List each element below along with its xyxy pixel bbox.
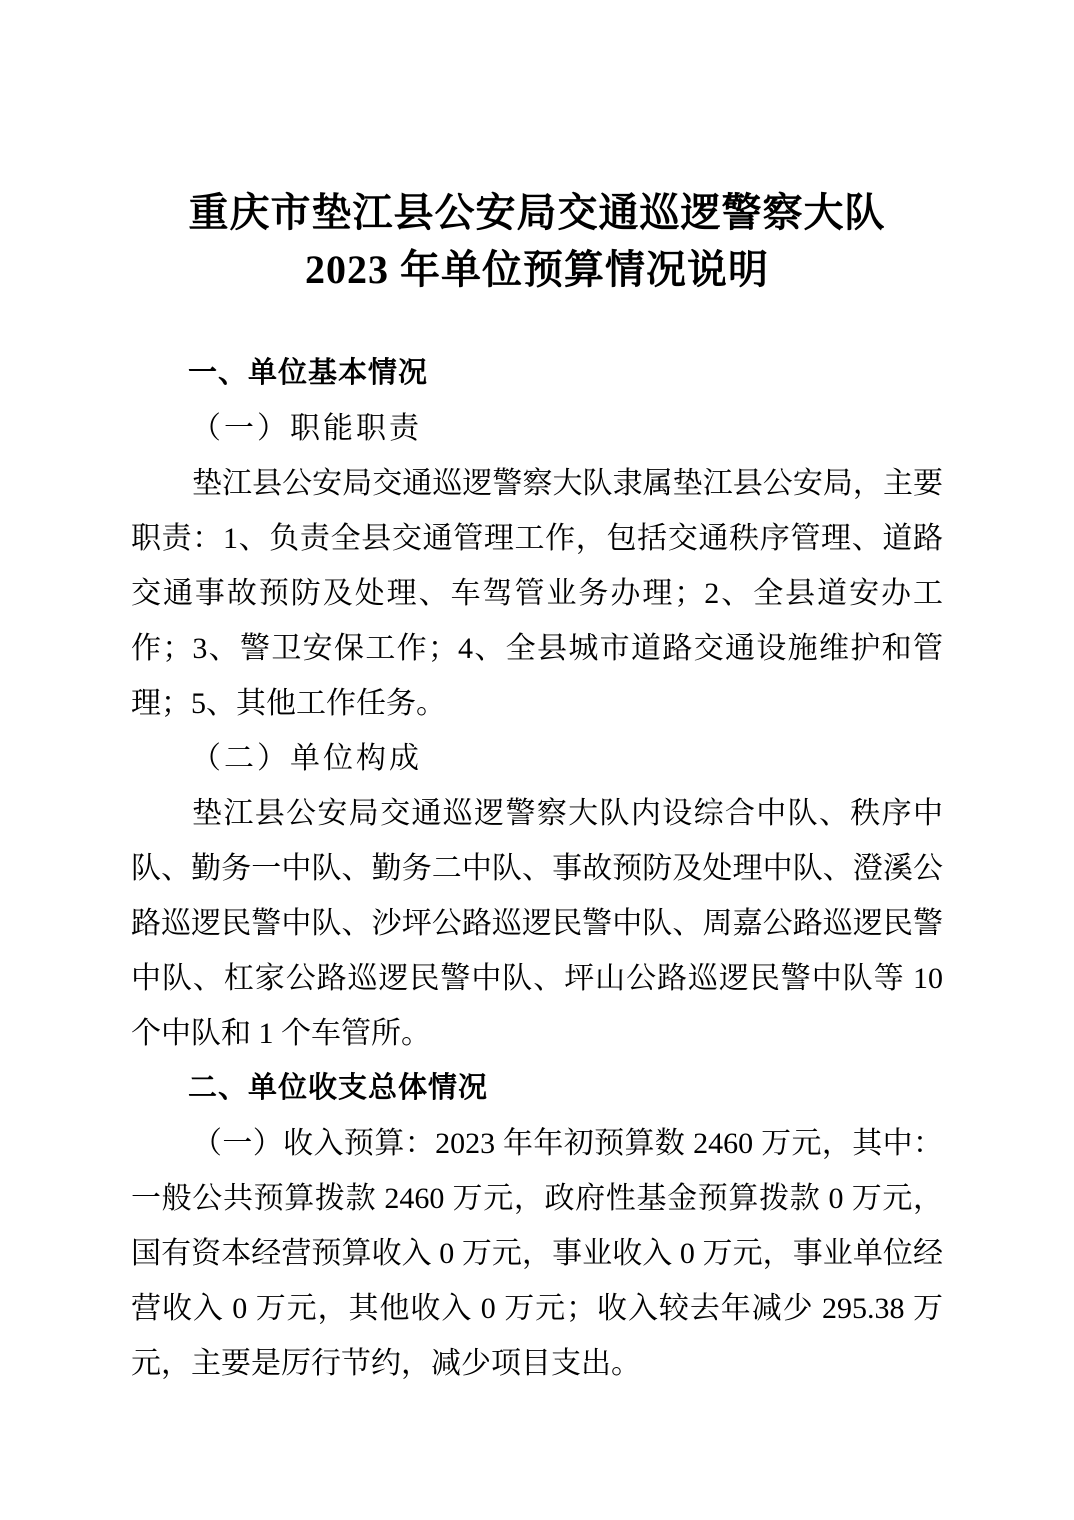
section-heading-revenue-expenditure: 二、单位收支总体情况 (131, 1061, 943, 1116)
document-title: 重庆市垫江县公安局交通巡逻警察大队 2023 年单位预算情况说明 (131, 184, 943, 298)
document-title-line2: 2023 年单位预算情况说明 (131, 241, 943, 298)
paragraph-income-budget: （一）收入预算：2023 年年初预算数 2460 万元，其中：一般公共预算拨款 … (131, 1116, 943, 1391)
sub-heading-duties: （一）职能职责 (131, 401, 943, 456)
document-title-line1: 重庆市垫江县公安局交通巡逻警察大队 (131, 184, 943, 241)
section-heading-basic-info: 一、单位基本情况 (131, 346, 943, 401)
document-page: 重庆市垫江县公安局交通巡逻警察大队 2023 年单位预算情况说明 一、单位基本情… (0, 0, 1074, 1520)
paragraph-unit-composition: 垫江县公安局交通巡逻警察大队内设综合中队、秩序中队、勤务一中队、勤务二中队、事故… (131, 786, 943, 1061)
paragraph-duties: 垫江县公安局交通巡逻警察大队隶属垫江县公安局，主要职责：1、负责全县交通管理工作… (131, 456, 943, 731)
sub-heading-unit-composition: （二）单位构成 (131, 731, 943, 786)
